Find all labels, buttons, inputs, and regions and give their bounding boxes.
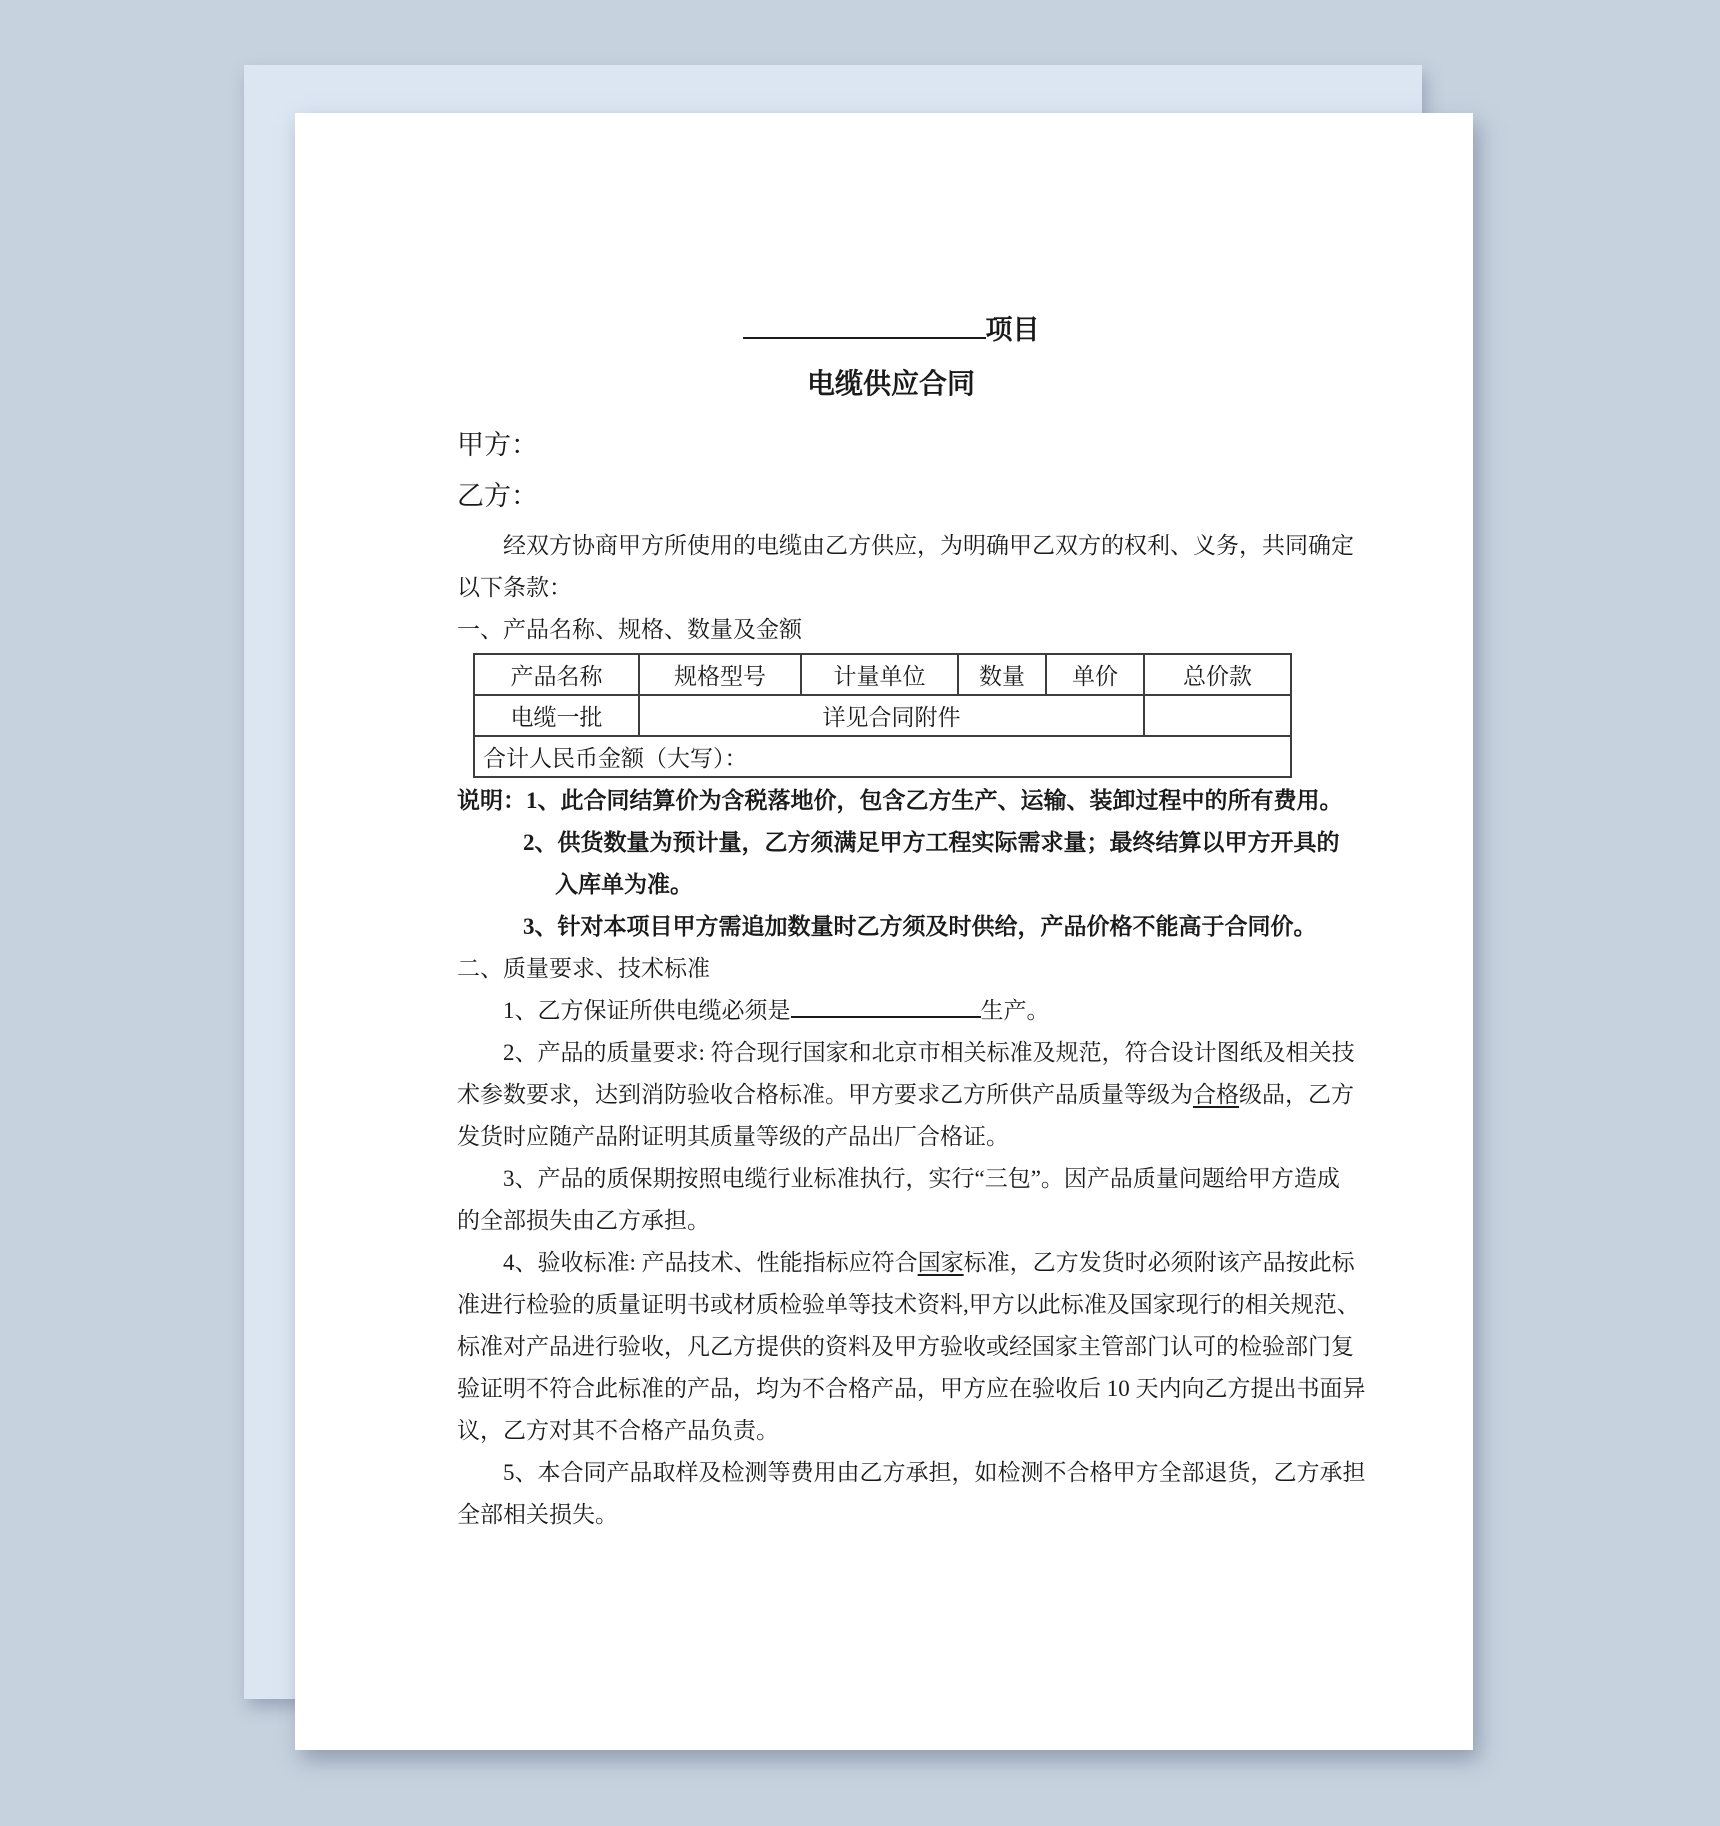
fill-in-blank-line [791, 995, 981, 1018]
contract-line: 5、本合同产品取样及检测等费用由乙方承担，如检测不合格甲方全部退货，乙方承担 [457, 1452, 1325, 1494]
contract-line: 的全部损失由乙方承担。 [457, 1200, 1325, 1242]
underlined-term: 合格 [1193, 1082, 1239, 1107]
table-header-cell: 规格型号 [639, 654, 801, 695]
contract-line: 发货时应随产品附证明其质量等级的产品出厂合格证。 [457, 1116, 1325, 1158]
table-sum-row: 合计人民币金额（大写）： [474, 736, 1291, 777]
contract-note-line: 2、供货数量为预计量，乙方须满足甲方工程实际需求量；最终结算以甲方开具的 [457, 822, 1325, 864]
table-header-row: 产品名称 规格型号 计量单位 数量 单价 总价款 [474, 654, 1291, 695]
product-total-cell [1144, 695, 1291, 736]
intro-line: 以下条款： [457, 567, 1325, 609]
document-subtitle: 电缆供应合同 [457, 364, 1325, 406]
contract-note-line: 说明：1、此合同结算价为含税落地价，包含乙方生产、运输、装卸过程中的所有费用。 [457, 780, 1325, 822]
contract-note-line: 入库单为准。 [457, 864, 1325, 906]
document-title-suffix: 项目 [986, 315, 1040, 345]
underlined-term: 国家 [918, 1250, 964, 1275]
contract-line: 4、验收标准: 产品技术、性能指标应符合国家标准，乙方发货时必须附该产品按此标 [457, 1242, 1325, 1284]
document-content: 项目 电缆供应合同 甲方： 乙方： 经双方协商甲方所使用的电缆由乙方供应，为明确… [295, 113, 1473, 1536]
contract-line: 术参数要求，达到消防验收合格标准。甲方要求乙方所供产品质量等级为合格级品，乙方 [457, 1074, 1325, 1116]
contract-line: 全部相关损失。 [457, 1494, 1325, 1536]
product-detail-cell: 详见合同附件 [639, 695, 1144, 736]
clause-text: 4、验收标准: 产品技术、性能指标应符合 [503, 1250, 918, 1275]
table-header-cell: 产品名称 [474, 654, 639, 695]
document-title: 项目 [457, 309, 1325, 351]
intro-line: 经双方协商甲方所使用的电缆由乙方供应，为明确甲乙双方的权利、义务，共同确定 [457, 525, 1325, 567]
desktop-background: { "colors": { "background": "#c7d2df", "… [0, 0, 1720, 1826]
clause-text: 标准，乙方发货时必须附该产品按此标 [964, 1250, 1355, 1275]
table-header-cell: 数量 [958, 654, 1046, 695]
section2-heading: 二、质量要求、技术标准 [457, 948, 1325, 990]
section1-heading: 一、产品名称、规格、数量及金额 [457, 609, 1325, 651]
contract-line: 2、产品的质量要求: 符合现行国家和北京市相关标准及规范，符合设计图纸及相关技 [457, 1032, 1325, 1074]
party-b-label: 乙方： [457, 474, 1325, 518]
party-a-label: 甲方： [457, 423, 1325, 467]
clause-text: 术参数要求，达到消防验收合格标准。甲方要求乙方所供产品质量等级为 [457, 1082, 1193, 1107]
sum-amount-cell: 合计人民币金额（大写）： [474, 736, 1291, 777]
contract-document-page: 项目 电缆供应合同 甲方： 乙方： 经双方协商甲方所使用的电缆由乙方供应，为明确… [295, 113, 1473, 1750]
contract-note-line: 3、针对本项目甲方需追加数量时乙方须及时供给，产品价格不能高于合同价。 [457, 906, 1325, 948]
clause-text: 生产。 [981, 998, 1050, 1023]
contract-line: 标准对产品进行验收，凡乙方提供的资料及甲方验收或经国家主管部门认可的检验部门复 [457, 1326, 1325, 1368]
clause-text: 级品，乙方 [1239, 1082, 1354, 1107]
contract-line: 1、乙方保证所供电缆必须是生产。 [457, 990, 1325, 1032]
contract-line: 准进行检验的质量证明书或材质检验单等技术资料,甲方以此标准及国家现行的相关规范、 [457, 1284, 1325, 1326]
contract-line: 议，乙方对其不合格产品负责。 [457, 1410, 1325, 1452]
products-table: 产品名称 规格型号 计量单位 数量 单价 总价款 电缆一批 详见合同附件 合计人… [473, 653, 1292, 778]
contract-line: 验证明不符合此标准的产品，均为不合格产品，甲方应在验收后 10 天内向乙方提出书… [457, 1368, 1325, 1410]
table-header-cell: 单价 [1046, 654, 1144, 695]
fill-in-blank-line [743, 312, 986, 339]
contract-line: 3、产品的质保期按照电缆行业标准执行，实行“三包”。因产品质量问题给甲方造成 [457, 1158, 1325, 1200]
clause-text: 1、乙方保证所供电缆必须是 [503, 998, 791, 1023]
table-header-cell: 总价款 [1144, 654, 1291, 695]
product-name-cell: 电缆一批 [474, 695, 639, 736]
table-product-row: 电缆一批 详见合同附件 [474, 695, 1291, 736]
table-header-cell: 计量单位 [801, 654, 958, 695]
